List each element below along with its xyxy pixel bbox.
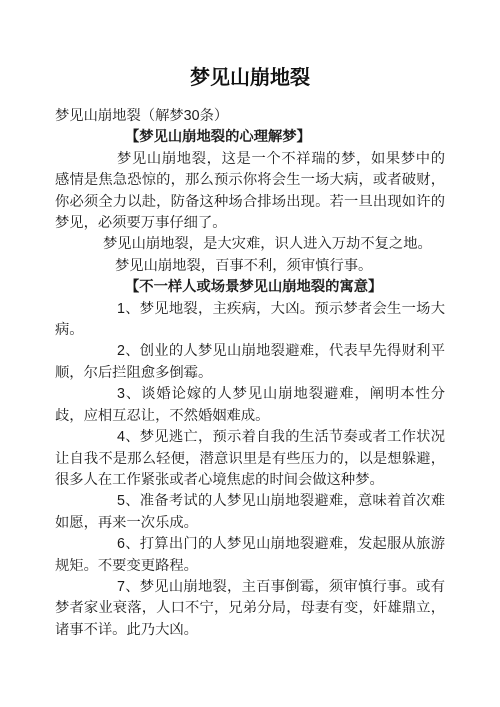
paragraph: 梦见山崩地裂（解梦30条） (55, 106, 445, 127)
paragraph: 梦见山崩地裂，是大灾难，识人进入万劫不复之地。 (55, 234, 445, 255)
paragraph: 7、梦见山崩地裂，主百事倒霉，须审慎行事。或有梦者家业衰落，人口不宁，兄弟分局，… (55, 577, 445, 641)
document-title: 梦见山崩地裂 (0, 64, 500, 92)
paragraph: 4、梦见逃亡，预示着自我的生活节奏或者工作状况让自我不是那么轻便，潜意识里是有些… (55, 427, 445, 491)
paragraph: 【梦见山崩地裂的心理解梦】 (55, 127, 445, 148)
paragraph: 【不一样人或场景梦见山崩地裂的寓意】 (55, 277, 445, 298)
document-page: 梦见山崩地裂 梦见山崩地裂（解梦30条）【梦见山崩地裂的心理解梦】梦见山崩地裂，… (0, 0, 500, 707)
document-body: 梦见山崩地裂（解梦30条）【梦见山崩地裂的心理解梦】梦见山崩地裂，这是一个不祥瑞… (0, 92, 500, 641)
paragraph: 2、创业的人梦见山崩地裂避难，代表早先得财利平顺，尔后拦阻愈多倒霉。 (55, 341, 445, 384)
paragraph: 1、梦见地裂，主疾病，大凶。预示梦者会生一场大病。 (55, 299, 445, 342)
paragraph: 5、准备考试的人梦见山崩地裂避难，意味着首次难如愿，再来一次乐成。 (55, 491, 445, 534)
paragraph: 梦见山崩地裂，这是一个不祥瑞的梦，如果梦中的感情是焦急恐惊的，那么预示你将会生一… (55, 149, 445, 235)
paragraph: 6、打算出门的人梦见山崩地裂避难，发起服从旅游规矩。不要变更路程。 (55, 534, 445, 577)
paragraph: 3、谈婚论嫁的人梦见山崩地裂避难，阐明本性分歧，应相互忍让，不然婚姻难成。 (55, 384, 445, 427)
paragraph: 梦见山崩地裂，百事不利，须审慎行事。 (55, 256, 445, 277)
